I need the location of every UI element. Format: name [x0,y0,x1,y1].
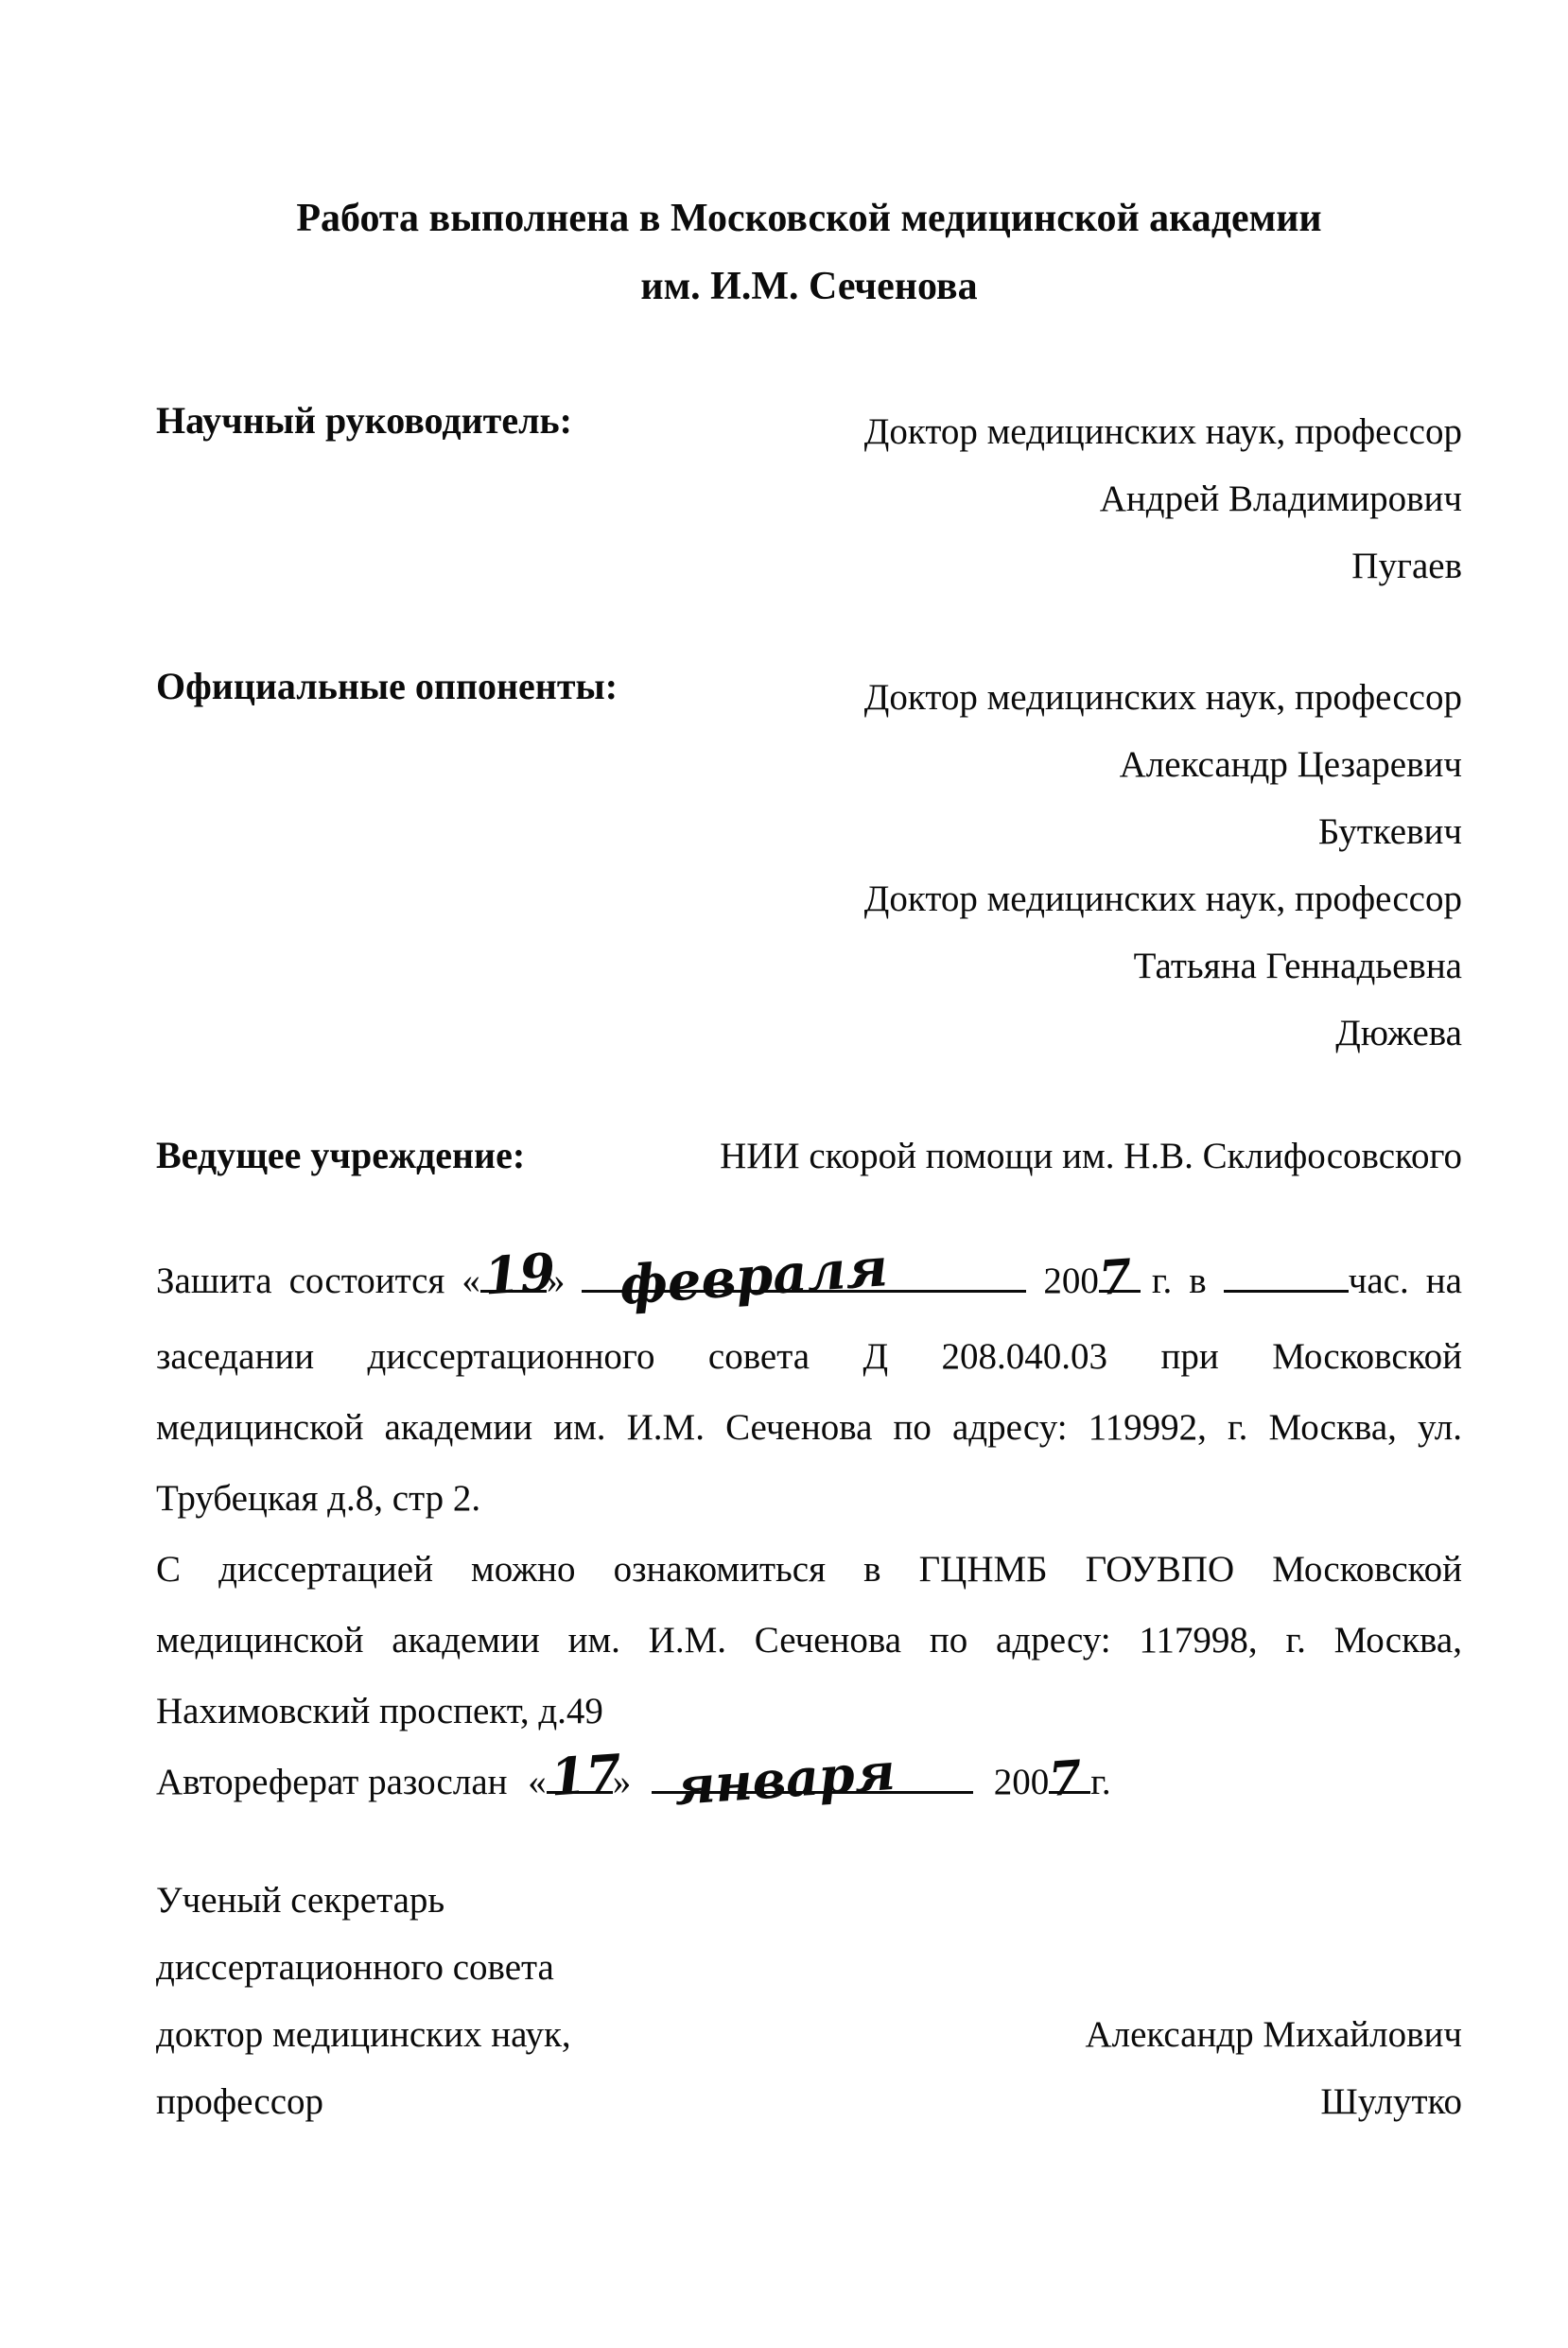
opponent-line: Дюжева [864,1000,1462,1067]
opponents-value: Доктор медицинских наук, профессор Алекс… [864,664,1462,1067]
quote-open: « [462,1261,480,1301]
secretary-signature-block: Ученый секретарь диссертационного совета… [156,1867,1462,2135]
autoreferat-date-line: Автореферат разослан «17» января 2007г. [156,1747,1462,1818]
handwritten-month: февраля [618,1241,890,1313]
opponent-line: Александр Цезаревич [864,731,1462,798]
hours-blank-underline [1224,1255,1349,1293]
opponent-line: Доктор медицинских наук, профессор [864,664,1462,731]
supervisor-value: Доктор медицинских наук, профессор Андре… [864,398,1462,600]
handwritten-year-digit: 7 [1097,1253,1133,1302]
handwritten-day: 17 [549,1747,623,1802]
document-title: Работа выполнена в Московской медицинско… [156,184,1462,321]
defense-line: медицинской академии им. И.М. Сеченова п… [156,1392,1462,1463]
opponents-label: Официальные оппоненты: [156,664,618,708]
hours-suffix: час. [1349,1261,1409,1301]
secretary-name-line: Шулутко [1085,2068,1462,2135]
library-line: С диссертацией можно ознакомиться в ГЦНМ… [156,1534,1462,1605]
day-underline: 17 [547,1756,613,1794]
secretary-name: Александр Михайлович Шулутко [1085,2001,1462,2135]
supervisor-line: Андрей Владимирович [864,465,1462,532]
defense-line: заседании диссертационного совета Д 208.… [156,1321,1462,1392]
defense-word: состоится [289,1245,445,1316]
month-underline: января [652,1756,973,1794]
opponent-line: Доктор медицинских наук, профессор [864,865,1462,932]
opponent-line: Буткевич [864,798,1462,865]
day-underline: 19 [480,1255,547,1293]
leading-institution-section: Ведущее учреждение: НИИ скорой помощи им… [156,1133,1462,1177]
library-line: медицинской академии им. И.М. Сеченова п… [156,1605,1462,1676]
year-digit-underline: 7 [1049,1756,1090,1794]
secretary-titles: Ученый секретарь диссертационного совета… [156,1867,571,2135]
supervisor-line: Доктор медицинских наук, профессор [864,398,1462,465]
opponent-line: Татьяна Геннадьевна [864,932,1462,1000]
secretary-line: диссертационного совета [156,1934,571,2001]
secretary-line: профессор [156,2068,571,2135]
title-line-1: Работа выполнена в Московской медицинско… [156,184,1462,252]
opponents-section: Официальные оппоненты: Доктор медицински… [156,664,1462,1067]
secretary-line: Ученый секретарь [156,1867,571,1934]
defense-year-group: 2007г. [1043,1245,1172,1316]
leading-institution-label: Ведущее учреждение: [156,1133,525,1177]
leading-institution-value: НИИ скорой помощи им. Н.В. Склифосовског… [720,1135,1462,1177]
year-suffix: г. [1152,1261,1172,1301]
quote-open: « [528,1762,547,1802]
secretary-name-line: Александр Михайлович [1085,2001,1462,2068]
secretary-line: доктор медицинских наук, [156,2001,571,2068]
supervisor-section: Научный руководитель: Доктор медицинских… [156,398,1462,600]
autoreferat-prefix: Автореферат разослан [156,1762,508,1802]
defense-word: Зашита [156,1245,272,1316]
defense-word: в [1189,1245,1206,1316]
month-underline: февраля [582,1255,1026,1293]
handwritten-day: 19 [482,1245,557,1301]
year-printed: 200 [1043,1261,1099,1301]
defense-paragraph: Зашита состоится «19» февраля 2007г. в ч… [156,1245,1462,1818]
handwritten-month: января [672,1746,897,1812]
defense-line: Трубецкая д.8, стр 2. [156,1463,1462,1534]
handwritten-year-digit: 7 [1048,1754,1084,1803]
defense-word: на [1426,1245,1462,1316]
defense-hours-group: час. [1224,1245,1409,1316]
year-digit-underline: 7 [1099,1255,1141,1293]
title-line-2: им. И.М. Сеченова [156,252,1462,321]
defense-date-line: Зашита состоится «19» февраля 2007г. в ч… [156,1245,1462,1321]
year-suffix: г. [1090,1762,1110,1802]
scanned-document-page: Работа выполнена в Московской медицинско… [0,0,1568,2348]
library-line: Нахимовский проспект, д.49 [156,1676,1462,1747]
defense-day-group: «19» [462,1245,565,1316]
year-printed: 200 [994,1762,1050,1802]
supervisor-line: Пугаев [864,532,1462,600]
supervisor-label: Научный руководитель: [156,398,572,443]
